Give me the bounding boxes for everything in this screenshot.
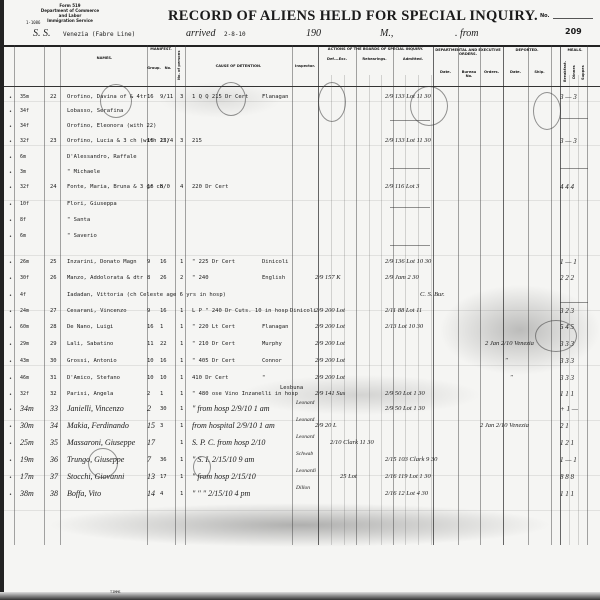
meals: 1 2 1 bbox=[560, 439, 574, 447]
alien-name: " Michaele bbox=[67, 169, 100, 175]
admitted: 2/15 103 Clark 9 30 bbox=[385, 456, 437, 463]
persons-count: 1 bbox=[180, 423, 183, 429]
header-board: ACTIONS OF THE BOARDS OF SPECIAL INQUIRY… bbox=[318, 47, 433, 51]
alien-name: Makia, Ferdinando bbox=[67, 421, 129, 430]
row-mark: • bbox=[9, 124, 12, 130]
meals: 1 — 1 bbox=[560, 258, 577, 266]
ink-underline bbox=[560, 168, 588, 169]
persons-count: 1 bbox=[180, 440, 183, 446]
admitted: 2/16 119 Lot 1 30 bbox=[385, 473, 431, 480]
alien-name: Orofino, Eleonora (with 22) bbox=[67, 123, 156, 129]
board-action: 2/9 200 Lot bbox=[315, 374, 345, 381]
header-dept-orders-col: Orders. bbox=[480, 70, 503, 74]
age-sex: 60m bbox=[20, 324, 29, 330]
manifest-no: 16 bbox=[160, 308, 167, 314]
alien-name: D'Amico, Stefano bbox=[67, 375, 120, 381]
row-mark: • bbox=[9, 293, 12, 299]
row-mark: • bbox=[9, 441, 12, 447]
row-mark: • bbox=[9, 95, 12, 101]
cause-of-detention: " 225 Dr Cert bbox=[192, 259, 235, 265]
board-action: 2/9 200 Lot bbox=[315, 323, 345, 330]
manifest-no: 15/4 bbox=[160, 138, 173, 144]
pencil-circle-annotation bbox=[88, 448, 118, 478]
age-sex: 8f bbox=[20, 217, 26, 223]
manifest-group: 9 bbox=[147, 308, 150, 314]
ink-underline bbox=[390, 120, 430, 121]
age-sex: 25m bbox=[20, 438, 34, 447]
record-no-line bbox=[553, 18, 593, 19]
from-label: . from bbox=[455, 28, 479, 39]
alien-name: Massaroni, Giuseppe bbox=[67, 438, 135, 447]
age-sex: 17m bbox=[20, 472, 34, 481]
cause-of-detention: 215 bbox=[192, 138, 202, 144]
age-sex: 34m bbox=[20, 404, 34, 413]
table-row: • 34f Lobasso, Serafina bbox=[0, 106, 600, 120]
cause-of-detention: 410 Dr Cert bbox=[192, 375, 228, 381]
header-meals-dinner: Dinner. bbox=[572, 60, 576, 84]
manifest-no: 26 bbox=[160, 275, 167, 281]
age-sex: 30m bbox=[20, 421, 34, 430]
inspector: Leonard bbox=[296, 417, 314, 423]
arrived-label: arrived bbox=[186, 28, 215, 39]
table-row: • 34m 33 Janielli, Vincenzo 2 30 1 " fro… bbox=[0, 404, 600, 418]
voyage-line: S. S. Venezia (Fabre Line) arrived 2-8-1… bbox=[0, 28, 600, 42]
age-sex: 34f bbox=[20, 108, 29, 114]
inspector: " bbox=[262, 375, 265, 381]
footer-code: TIMMS bbox=[110, 590, 121, 594]
alien-name: Iadadan, Vittoria (ch Celeste age 6 yrs … bbox=[67, 292, 226, 298]
inspector: Flanagan bbox=[262, 324, 289, 330]
cause-of-detention: " 210 Dr Cert bbox=[192, 341, 235, 347]
manifest-group: 16 bbox=[147, 138, 154, 144]
row-mark: • bbox=[9, 218, 12, 224]
m-label: M., bbox=[380, 28, 393, 39]
age-sex: 6m bbox=[20, 154, 26, 160]
deported: 2 Jan 2/10 Venezia bbox=[480, 422, 529, 429]
table-row: • 3m " Michaele bbox=[0, 167, 600, 181]
inspector: Connor bbox=[262, 358, 282, 364]
persons-count: 1 bbox=[180, 308, 183, 314]
meals: + 1 — bbox=[560, 405, 578, 413]
row-mark: • bbox=[9, 109, 12, 115]
age-sex: 35m bbox=[20, 94, 29, 100]
manifest-no: 4 bbox=[160, 491, 163, 497]
persons-count: 1 bbox=[180, 491, 183, 497]
cause-of-detention: " 220 Lt Cert bbox=[192, 324, 235, 330]
table-row: • 10f Flori, Giuseppa bbox=[0, 199, 600, 213]
persons-count: 1 bbox=[180, 259, 183, 265]
row-number: 25 bbox=[50, 259, 57, 265]
alien-name: Boffa, Vito bbox=[67, 489, 101, 498]
pencil-circle-annotation bbox=[533, 92, 561, 130]
table-row: • 43m 30 Grossi, Antonio 10 16 1 " 405 D… bbox=[0, 356, 600, 370]
pencil-circle-annotation bbox=[100, 84, 132, 118]
age-sex: 32f bbox=[20, 391, 29, 397]
table-row: • 60m 28 De Nano, Luigi 16 1 1 " 220 Lt … bbox=[0, 322, 600, 336]
row-mark: • bbox=[9, 155, 12, 161]
ship-name: Venezia (Fabre Line) bbox=[63, 31, 135, 38]
admitted: 2/13 Lot 10 30 bbox=[385, 323, 423, 330]
ink-underline bbox=[390, 168, 430, 169]
form-code: 1-1086 bbox=[26, 20, 40, 25]
inspector: Dinicoli bbox=[262, 259, 289, 265]
age-sex: 43m bbox=[20, 358, 29, 364]
row-mark: • bbox=[9, 407, 12, 413]
persons-count: 1 bbox=[180, 358, 183, 364]
board-action: 2/9 20 L bbox=[315, 422, 337, 429]
age-sex: 32f bbox=[20, 138, 29, 144]
row-number: 33 bbox=[50, 404, 58, 413]
meals: 2 1 bbox=[560, 422, 569, 430]
row-mark: • bbox=[9, 359, 12, 365]
row-mark: • bbox=[9, 260, 12, 266]
manifest-no: 1 bbox=[160, 391, 163, 397]
meals: 4 4 4 bbox=[560, 183, 574, 191]
manifest-group: 8 bbox=[147, 275, 150, 281]
persons-count: 1 bbox=[180, 391, 183, 397]
table-row: • 17m 37 Stocchi, Giovanni 13 17 1 " fro… bbox=[0, 472, 600, 486]
persons-count: 1 bbox=[180, 406, 183, 412]
bureau: Immigration Service bbox=[40, 18, 100, 23]
row-number: 31 bbox=[50, 375, 57, 381]
cause-of-detention: S. P. C. from hosp 2/10 bbox=[192, 438, 265, 447]
alien-name: De Nano, Luigi bbox=[67, 324, 113, 330]
header-names: NAMES. bbox=[62, 56, 147, 60]
inspector: Leonardi bbox=[296, 468, 316, 474]
row-mark: • bbox=[9, 185, 12, 191]
manifest-group: 2 bbox=[147, 404, 151, 413]
row-number: 23 bbox=[50, 138, 57, 144]
manifest-group: 14 bbox=[147, 489, 155, 498]
grid-line bbox=[4, 510, 600, 511]
row-mark: • bbox=[9, 325, 12, 331]
row-number: 34 bbox=[50, 421, 58, 430]
table-row: • 32f 23 Orofino, Lucia & 3 ch (with 22)… bbox=[0, 136, 600, 150]
inspector: Schwab bbox=[296, 451, 313, 457]
meals: 3 — 3 bbox=[560, 137, 577, 145]
persons-count: 2 bbox=[180, 275, 183, 281]
header-manifest-group: Group. bbox=[147, 66, 161, 70]
age-sex: 34f bbox=[20, 123, 29, 129]
row-mark: • bbox=[9, 139, 12, 145]
arrived-date: 2-8-10 bbox=[224, 31, 246, 38]
row-mark: • bbox=[9, 458, 12, 464]
header-deported: DEPORTED. bbox=[503, 48, 551, 52]
inspector: Dinicoli bbox=[290, 308, 317, 314]
table-row: • 30m 34 Makia, Ferdinando 15 3 1 from h… bbox=[0, 421, 600, 435]
manifest-group: 16 bbox=[147, 324, 154, 330]
cause-of-detention: " 405 Dr Cert bbox=[192, 358, 235, 364]
alien-name: Parisi, Angela bbox=[67, 391, 113, 397]
row-number: 37 bbox=[50, 472, 58, 481]
inspector: Dillon bbox=[296, 485, 310, 491]
persons-count: 3 bbox=[180, 94, 183, 100]
deported: 2 Jan 2/10 Venezia bbox=[485, 340, 534, 347]
alien-name: Manzo, Addolorata & dtr bbox=[67, 275, 143, 281]
row-number: 35 bbox=[50, 438, 58, 447]
meals: 3 — 3 bbox=[560, 93, 577, 101]
table-row: • 35m 22 Orofino, Davina of & 4tr 16 9/1… bbox=[0, 92, 600, 106]
admitted: 2/9 50 Lot 1 30 bbox=[385, 390, 425, 397]
persons-count: 1 bbox=[180, 474, 183, 480]
persons-count: 1 bbox=[180, 375, 183, 381]
table-row: • 26m 25 Inzarini, Donato Magn 9 16 1 " … bbox=[0, 257, 600, 271]
manifest-no: 36 bbox=[160, 457, 167, 463]
row-mark: • bbox=[9, 170, 12, 176]
header-meals-breakfast: Breakfast. bbox=[563, 60, 567, 84]
admitted: C. S. Bur. bbox=[420, 291, 445, 298]
table-row: • 29m 29 Lali, Sabatino 11 22 1 " 210 Dr… bbox=[0, 339, 600, 353]
table-row: • 6m D'Alessandro, Raffale bbox=[0, 152, 600, 166]
admitted: 2/16 12 Lot 4 30 bbox=[385, 490, 428, 497]
header-dept-bureau-no: Bureau No. bbox=[458, 70, 480, 78]
persons-count: 3 bbox=[180, 138, 183, 144]
board-action: 2/9 157 K bbox=[315, 274, 341, 281]
board-action: 2/9 200 Lot bbox=[315, 340, 345, 347]
age-sex: 32f bbox=[20, 184, 29, 190]
manifest-group: 10 bbox=[147, 375, 154, 381]
ink-underline bbox=[560, 118, 588, 119]
table-row: • 34f Orofino, Eleonora (with 22) bbox=[0, 121, 600, 135]
row-number: 26 bbox=[50, 275, 57, 281]
header-board-rehearings: Rehearings. bbox=[356, 57, 393, 61]
inspector: Leonard bbox=[296, 400, 314, 406]
manifest-group: 16 bbox=[147, 184, 154, 190]
header-deported-ship: Ship. bbox=[528, 70, 551, 74]
board-action: 2/9 200 Lot bbox=[315, 357, 345, 364]
persons-count: 1 bbox=[180, 341, 183, 347]
header-meals: MEALS. bbox=[560, 48, 590, 52]
ink-underline bbox=[390, 207, 430, 208]
record-no-label: No. bbox=[540, 13, 550, 19]
table-row: • 32f 24 Fonte, Maria, Bruna & 3 gr ch 1… bbox=[0, 182, 600, 196]
admitted: 2/11 88 Lot 11 bbox=[385, 307, 422, 314]
year-label: 190 bbox=[306, 28, 321, 39]
header-inspector: Inspector. bbox=[292, 64, 318, 68]
header-deported-date: Date. bbox=[503, 70, 528, 74]
row-mark: • bbox=[9, 342, 12, 348]
age-sex: 3m bbox=[20, 169, 26, 175]
pencil-circle-annotation bbox=[318, 82, 346, 122]
cause-of-detention: 220 Dr Cert bbox=[192, 184, 228, 190]
alien-name: Flori, Giuseppa bbox=[67, 201, 117, 207]
grid-line bbox=[4, 255, 600, 256]
alien-name: " Santa bbox=[67, 217, 90, 223]
age-sex: 4f bbox=[20, 292, 26, 298]
row-mark: • bbox=[9, 234, 12, 240]
row-number: 32 bbox=[50, 391, 57, 397]
meals: 1 1 1 bbox=[560, 490, 574, 498]
age-sex: 19m bbox=[20, 455, 34, 464]
row-mark: • bbox=[9, 202, 12, 208]
document-page: Form 519 Department of Commerce and Labo… bbox=[0, 0, 600, 600]
persons-count: 1 bbox=[180, 324, 183, 330]
age-sex: 24m bbox=[20, 308, 29, 314]
row-mark: • bbox=[9, 492, 12, 498]
board-action: 25 Lot bbox=[340, 473, 357, 480]
table-row: • 38m 38 Boffa, Vito 14 4 1 " " " 2/15/1… bbox=[0, 489, 600, 503]
form-issuer: Form 519 Department of Commerce and Labo… bbox=[40, 3, 100, 23]
table-row: • 4f Iadadan, Vittoria (ch Celeste age 6… bbox=[0, 290, 600, 304]
header-rule-bottom bbox=[4, 86, 600, 87]
meals: 1 1 1 bbox=[560, 390, 574, 398]
manifest-group: 17 bbox=[147, 438, 155, 447]
department: Department of Commerce and Labor bbox=[40, 8, 100, 18]
age-sex: 30f bbox=[20, 275, 29, 281]
table-row: • 8f " Santa bbox=[0, 215, 600, 229]
header-no-persons: No. of persons bbox=[177, 50, 181, 80]
pencil-circle-annotation bbox=[216, 82, 246, 116]
manifest-group: 11 bbox=[147, 341, 154, 347]
table-row: • 30f 26 Manzo, Addolorata & dtr 8 26 2 … bbox=[0, 273, 600, 287]
alien-name: Cesarani, Vincenzo bbox=[67, 308, 127, 314]
manifest-group: 9 bbox=[147, 259, 150, 265]
cause-of-detention: " 240 bbox=[192, 275, 209, 281]
admitted: 2/9 136 Lot 10 30 bbox=[385, 258, 431, 265]
row-number: 22 bbox=[50, 94, 57, 100]
header-dept-date: Date. bbox=[433, 70, 458, 74]
manifest-group: 13 bbox=[147, 472, 155, 481]
alien-name: Orofino, Lucia & 3 ch (with 22) bbox=[67, 138, 170, 144]
meals: 8 8 8 bbox=[560, 473, 574, 481]
row-number: 27 bbox=[50, 308, 57, 314]
manifest-no: 3 bbox=[160, 423, 163, 429]
age-sex: 46m bbox=[20, 375, 29, 381]
persons-count: 1 bbox=[180, 457, 183, 463]
manifest-no: 10 bbox=[160, 375, 167, 381]
cause-of-detention: " " " 2/15/10 4 pm bbox=[192, 489, 250, 498]
row-number: 38 bbox=[50, 489, 58, 498]
row-number: 24 bbox=[50, 184, 57, 190]
cause-of-detention: L P " 240 Dr Cuts. 10 in hosp bbox=[192, 308, 288, 314]
deported: " bbox=[510, 374, 513, 381]
header-dept-orders: DEPARTMENTAL AND EXECUTIVE ORDERS. bbox=[433, 48, 503, 56]
age-sex: 29m bbox=[20, 341, 29, 347]
manifest-no: 8/0 bbox=[160, 184, 170, 190]
scan-edge-bottom bbox=[0, 592, 600, 600]
age-sex: 38m bbox=[20, 489, 34, 498]
header-rule-top bbox=[4, 45, 600, 47]
admitted: 2/9 133 Lot 11 30 bbox=[385, 137, 431, 144]
admitted: 2/9 50 Lot 1 30 bbox=[385, 405, 425, 412]
manifest-group: 15 bbox=[147, 421, 155, 430]
row-mark: • bbox=[9, 276, 12, 282]
manifest-no: 16 bbox=[160, 259, 167, 265]
deported: " bbox=[505, 357, 508, 364]
header-cause: CAUSE OF DETENTION. bbox=[185, 64, 292, 68]
alien-name: Grossi, Antonio bbox=[67, 358, 117, 364]
alien-name: Lali, Sabatino bbox=[67, 341, 113, 347]
alien-name: " Saverio bbox=[67, 233, 97, 239]
meals: 3 2 3 bbox=[560, 307, 574, 315]
board-action: 2/9 200 Lot bbox=[315, 307, 345, 314]
age-sex: 6m bbox=[20, 233, 26, 239]
manifest-group: 10 bbox=[147, 358, 154, 364]
inspector: Leonard bbox=[296, 434, 314, 440]
table-row: • 25m 35 Massaroni, Giuseppe 17 1 S. P. … bbox=[0, 438, 600, 452]
inspector: Murphy bbox=[262, 341, 282, 347]
row-mark: • bbox=[9, 309, 12, 315]
admitted: 2/9 Jam 2 30 bbox=[385, 274, 419, 281]
header-board-admitted: Admitted. bbox=[393, 57, 433, 61]
persons-count: 4 bbox=[180, 184, 183, 190]
ink-underline bbox=[560, 302, 588, 303]
manifest-no: 17 bbox=[160, 474, 167, 480]
inspector: Lesbuna bbox=[280, 385, 303, 391]
alien-name: Inzarini, Donato Magn bbox=[67, 259, 137, 265]
manifest-no: 1 bbox=[160, 324, 163, 330]
board-action: 2/9 141 Sus bbox=[315, 390, 345, 397]
cause-of-detention: " from hosp 2/9/10 1 am bbox=[192, 404, 270, 413]
manifest-no: 16 bbox=[160, 358, 167, 364]
page-title: RECORD OF ALIENS HELD FOR SPECIAL INQUIR… bbox=[168, 8, 538, 25]
pencil-circle-annotation bbox=[535, 320, 577, 352]
header-manifest-no: No. bbox=[161, 66, 175, 70]
manifest-group: 16 bbox=[147, 94, 154, 100]
ss-label: S. S. bbox=[33, 28, 51, 39]
manifest-group: 2 bbox=[147, 391, 150, 397]
row-mark: • bbox=[9, 392, 12, 398]
row-number: 36 bbox=[50, 455, 58, 464]
row-mark: • bbox=[9, 424, 12, 430]
meals: 2 2 2 bbox=[560, 274, 574, 282]
meals: 1 — 1 bbox=[560, 456, 577, 464]
meals: 3 3 3 bbox=[560, 374, 574, 382]
alien-name: D'Alessandro, Raffale bbox=[67, 154, 137, 160]
cause-of-detention: " 480 ose Vino Inzanelli in hosp bbox=[192, 391, 298, 397]
board-action: 2/10 Clark 11 30 bbox=[330, 439, 374, 446]
meals: 3 3 3 bbox=[560, 357, 574, 365]
table-row: • 24m 27 Cesarani, Vincenzo 9 16 1 L P "… bbox=[0, 306, 600, 320]
ink-underline bbox=[390, 245, 430, 246]
manifest-no: 9/11 bbox=[160, 94, 173, 100]
age-sex: 26m bbox=[20, 259, 29, 265]
manifest-no: 22 bbox=[160, 341, 167, 347]
admitted: 2/9 116 Lot 3 bbox=[385, 183, 419, 190]
age-sex: 10f bbox=[20, 201, 29, 207]
alien-name: Janielli, Vincenzo bbox=[67, 404, 124, 413]
row-mark: • bbox=[9, 376, 12, 382]
manifest-group: 7 bbox=[147, 455, 151, 464]
cause-of-detention: from hospital 2/9/10 1 am bbox=[192, 421, 275, 430]
row-number: 28 bbox=[50, 324, 57, 330]
inspector: Flanagan bbox=[262, 94, 289, 100]
header-meals-supper: Supper. bbox=[581, 60, 585, 84]
header-board-def: Def.—Exc. bbox=[318, 57, 356, 61]
table-row: • 6m " Saverio bbox=[0, 231, 600, 245]
row-number: 29 bbox=[50, 341, 57, 347]
row-number: 30 bbox=[50, 358, 57, 364]
header-manifest: MANIFEST. bbox=[147, 47, 175, 51]
pencil-circle-annotation bbox=[193, 456, 211, 478]
inspector: English bbox=[262, 275, 285, 281]
manifest-no: 30 bbox=[160, 406, 167, 412]
row-mark: • bbox=[9, 475, 12, 481]
